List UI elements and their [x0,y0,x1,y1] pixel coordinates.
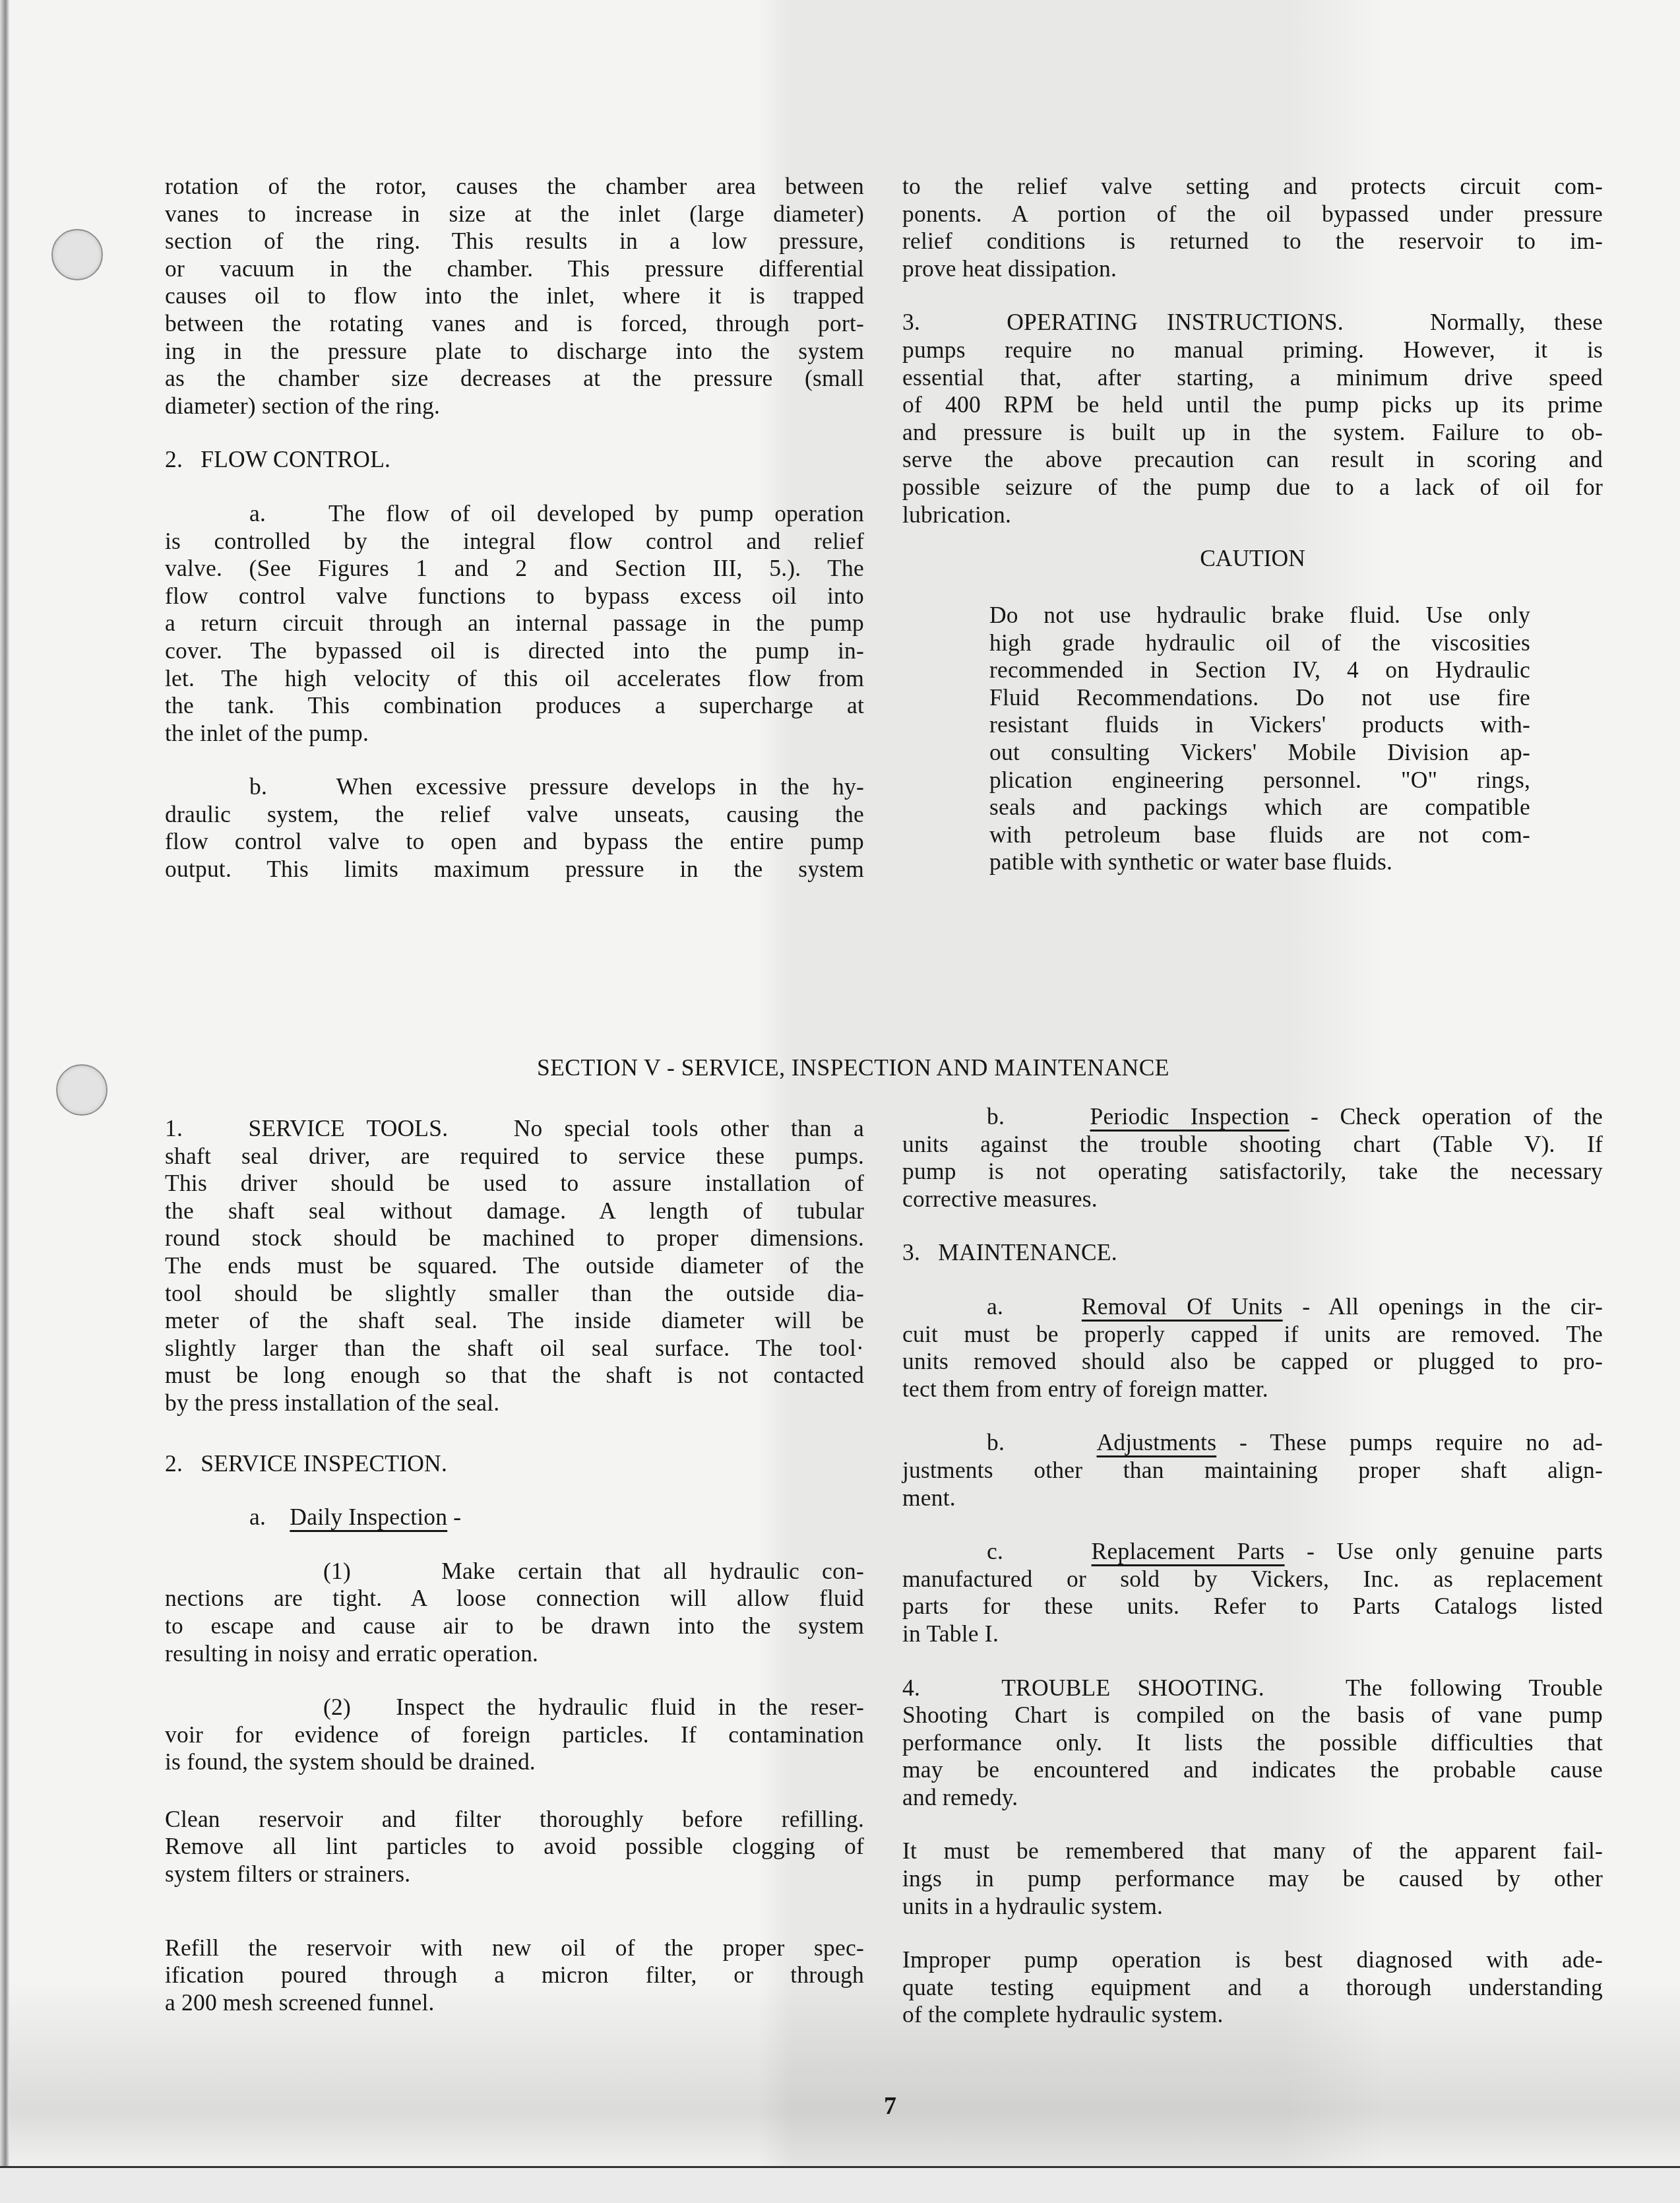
text-line: - Check operation of the [1290,1103,1603,1130]
text-line: ings in pump performance may be caused b… [902,1865,1603,1893]
text-line: round stock should be machined to proper… [165,1225,864,1252]
text-line: meter of the shaft seal. The inside diam… [165,1307,864,1335]
text-line: Fluid Recommendations. Do not use fire [989,684,1530,712]
paragraph-relief-continued: to the relief valve setting and protects… [902,173,1603,282]
service-tools-heading-line: 1. SERVICE TOOLS. No special tools other… [165,1115,864,1143]
scan-bottom-strip [0,2168,1680,2203]
text-line: let. The high velocity of this oil accel… [165,665,864,693]
text-line: causes oil to flow into the inlet, where… [165,282,864,310]
text-line: as the chamber size decreases at the pre… [165,365,864,393]
paragraph-flow-a: a. The flow of oil developed by pump ope… [165,500,864,747]
text-line: manufactured or sold by Vickers, Inc. as… [902,1566,1603,1593]
text-line: The ends must be squared. The outside di… [165,1252,864,1280]
text-line: is controlled by the integral flow contr… [165,528,864,556]
service-inspection-heading: 2. SERVICE INSPECTION. [165,1450,864,1478]
text-line: The flow of oil developed by pump operat… [328,500,864,527]
paragraph-service-tools: 1. SERVICE TOOLS. No special tools other… [165,1115,864,1417]
text-line: corrective measures. [902,1186,1603,1213]
text-line: out consulting Vickers' Mobile Division … [989,739,1530,767]
top-right-column: to the relief valve setting and protects… [902,173,1603,528]
text-line: This driver should be used to assure ins… [165,1170,864,1197]
paragraph-remember: It must be remembered that many of the a… [902,1837,1603,1920]
text-line: plication engineering personnel. "O" rin… [989,767,1530,794]
text-line: pump is not operating satisfactorily, ta… [902,1158,1603,1186]
dash: - [447,1504,461,1530]
text-line: to escape and cause air to be drawn into… [165,1612,864,1640]
text-line: ification poured through a micron filter… [165,1962,864,1989]
text-line: or vacuum in the chamber. This pressure … [165,255,864,283]
text-line: seals and packings which are compatible [989,794,1530,821]
text-line: of 400 RPM be held until the pump picks … [902,391,1603,419]
daily-inspection-heading: a. Daily Inspection - [165,1504,864,1531]
paragraph-item-2: (2) Inspect the hydraulic fluid in the r… [165,1694,864,1776]
paragraph-rotor: rotation of the rotor, causes the chambe… [165,173,864,420]
text-line: may be encountered and indicates the pro… [902,1756,1603,1784]
text-line: nections are tight. A loose connection w… [165,1585,864,1612]
text-line: vanes to increase in size at the inlet (… [165,201,864,228]
text-line: Inspect the hydraulic fluid in the reser… [396,1694,864,1720]
daily-inspection-title: Daily Inspection [290,1504,447,1530]
text-line: and pressure is built up in the system. … [902,419,1603,447]
text-line: flow control valve to open and bypass th… [165,828,864,856]
text-line: performance only. It lists the possible … [902,1729,1603,1757]
bottom-right-column: b. Periodic Inspection - Check operation… [902,1103,1603,2029]
removal-of-units-title: Removal Of Units [1082,1293,1283,1320]
text-line: - Use only genuine parts [1285,1538,1603,1564]
section-heading: SECTION V - SERVICE, INSPECTION AND MAIN… [0,1054,1680,1081]
text-line: - These pumps require no ad- [1216,1429,1603,1455]
binder-hole-top [51,229,103,280]
text-line: to the relief valve setting and protects… [902,173,1603,201]
text-line: rotation of the rotor, causes the chambe… [165,173,864,201]
item-label: (2) [323,1694,351,1720]
text-line: serve the above precaution can result in… [902,446,1603,474]
flow-control-heading: 2. FLOW CONTROL. [165,446,864,474]
text-line: Make certain that all hydraulic con- [441,1558,864,1584]
text-line: voir for evidence of foreign particles. … [165,1721,864,1749]
text-line: units in a hydraulic system. [902,1893,1603,1921]
text-line: cuit must be properly capped if units ar… [902,1321,1603,1349]
text-line: quate testing equipment and a thorough u… [902,1974,1603,2002]
paragraph-removal-of-units: a. Removal Of Units - All openings in th… [902,1293,1603,1403]
text-line: the shaft seal without damage. A length … [165,1197,864,1225]
trouble-shooting-heading-line: 4. TROUBLE SHOOTING. The following Troub… [902,1675,1603,1702]
text-line: section of the ring. This results in a l… [165,228,864,255]
text-line: lubrication. [902,501,1603,529]
paragraph-trouble-shooting: 4. TROUBLE SHOOTING. The following Troub… [902,1675,1603,1812]
text-line: patible with synthetic or water base flu… [989,848,1530,876]
replacement-parts-title: Replacement Parts [1092,1538,1285,1564]
operating-heading-line: 3. OPERATING INSTRUCTIONS. Normally, the… [902,309,1603,336]
text-line: a 200 mesh screened funnel. [165,1989,864,2017]
text-line: units removed should also be capped or p… [902,1348,1603,1376]
text-line: by the press installation of the seal. [165,1389,864,1417]
text-line: must be long enough so that the shaft is… [165,1362,864,1389]
text-line: Improper pump operation is best diagnose… [902,1946,1603,1974]
text-line: parts for these units. Refer to Parts Ca… [902,1593,1603,1620]
text-line: draulic system, the relief valve unseats… [165,801,864,829]
text-line: recommended in Section IV, 4 on Hydrauli… [989,656,1530,684]
text-line: is found, the system should be drained. [165,1748,864,1776]
text-line: and remedy. [902,1784,1603,1812]
text-line: Do not use hydraulic brake fluid. Use on… [989,602,1530,629]
text-line: valve. (See Figures 1 and 2 and Section … [165,555,864,583]
paragraph-clean: Clean reservoir and filter thoroughly be… [165,1806,864,1888]
text-line: Refill the reservoir with new oil of the… [165,1934,864,1962]
adjustments-title: Adjustments [1097,1429,1217,1455]
paragraph-operating-instructions: 3. OPERATING INSTRUCTIONS. Normally, the… [902,309,1603,528]
text-line: high grade hydraulic oil of the viscosit… [989,629,1530,657]
text-line: diameter) section of the ring. [165,393,864,420]
text-line: with petroleum base fluids are not com- [989,821,1530,849]
maintenance-heading: 3. MAINTENANCE. [902,1239,1603,1267]
periodic-inspection-title: Periodic Inspection [1090,1103,1290,1130]
text-line: ing in the pressure plate to discharge i… [165,338,864,366]
text-line: the inlet of the pump. [165,720,864,748]
item-label: b. [987,1103,1005,1130]
text-line: relief conditions is returned to the res… [902,228,1603,255]
text-line: - All openings in the cir- [1283,1293,1603,1320]
item-label: a. [249,500,266,527]
text-line: cover. The bypassed oil is directed into… [165,637,864,665]
text-line: essential that, after starting, a minimu… [902,364,1603,392]
caution-title: CAUTION [902,544,1603,572]
text-line: ment. [902,1485,1603,1512]
text-line: a return circuit through an internal pas… [165,610,864,637]
paragraph-periodic-inspection: b. Periodic Inspection - Check operation… [902,1103,1603,1213]
text-line: resistant fluids in Vickers' products wi… [989,711,1530,739]
text-line: possible seizure of the pump due to a la… [902,474,1603,501]
text-line: tool should be slightly smaller than the… [165,1280,864,1308]
text-line: Remove all lint particles to avoid possi… [165,1833,864,1861]
text-line: in Table I. [902,1620,1603,1648]
text-line: resulting in noisy and erratic operation… [165,1640,864,1668]
paragraph-flow-b: b. When excessive pressure develops in t… [165,773,864,883]
text-line: Shooting Chart is compiled on the basis … [902,1702,1603,1729]
text-line: flow control valve functions to bypass e… [165,583,864,610]
item-label: (1) [323,1558,351,1584]
text-line: system filters or strainers. [165,1861,864,1888]
text-line: between the rotating vanes and is forced… [165,310,864,338]
scan-edge [0,0,9,2203]
paragraph-refill: Refill the reservoir with new oil of the… [165,1934,864,2017]
text-line: units against the trouble shooting chart… [902,1131,1603,1159]
item-label: b. [987,1429,1005,1455]
text-line: ponents. A portion of the oil bypassed u… [902,201,1603,228]
page-number: 7 [884,2091,896,2121]
item-label: c. [987,1538,1003,1564]
item-label: a. [987,1293,1003,1320]
text-line: slightly larger than the shaft oil seal … [165,1335,864,1362]
top-left-column: rotation of the rotor, causes the chambe… [165,173,864,883]
text-line: Clean reservoir and filter thoroughly be… [165,1806,864,1834]
paragraph-replacement-parts: c. Replacement Parts - Use only genuine … [902,1538,1603,1647]
item-label: a. [249,1504,266,1530]
text-line: shaft seal driver, are required to servi… [165,1143,864,1170]
text-line: of the complete hydraulic system. [902,2001,1603,2029]
paragraph-adjustments: b. Adjustments - These pumps require no … [902,1429,1603,1512]
text-line: It must be remembered that many of the a… [902,1837,1603,1865]
paragraph-item-1: (1) Make certain that all hydraulic con-… [165,1558,864,1667]
paragraph-improper-operation: Improper pump operation is best diagnose… [902,1946,1603,2029]
text-line: tect them from entry of foreign matter. [902,1376,1603,1403]
text-line: When excessive pressure develops in the … [336,773,864,800]
text-line: prove heat dissipation. [902,255,1603,283]
text-line: output. This limits maximum pressure in … [165,856,864,883]
text-line: the tank. This combination produces a su… [165,692,864,720]
text-line: pumps require no manual priming. However… [902,336,1603,364]
text-line: justments other than maintaining proper … [902,1457,1603,1485]
bottom-left-column: 1. SERVICE TOOLS. No special tools other… [165,1115,864,2016]
item-label: b. [249,773,267,800]
caution-box: Do not use hydraulic brake fluid. Use on… [989,602,1530,876]
